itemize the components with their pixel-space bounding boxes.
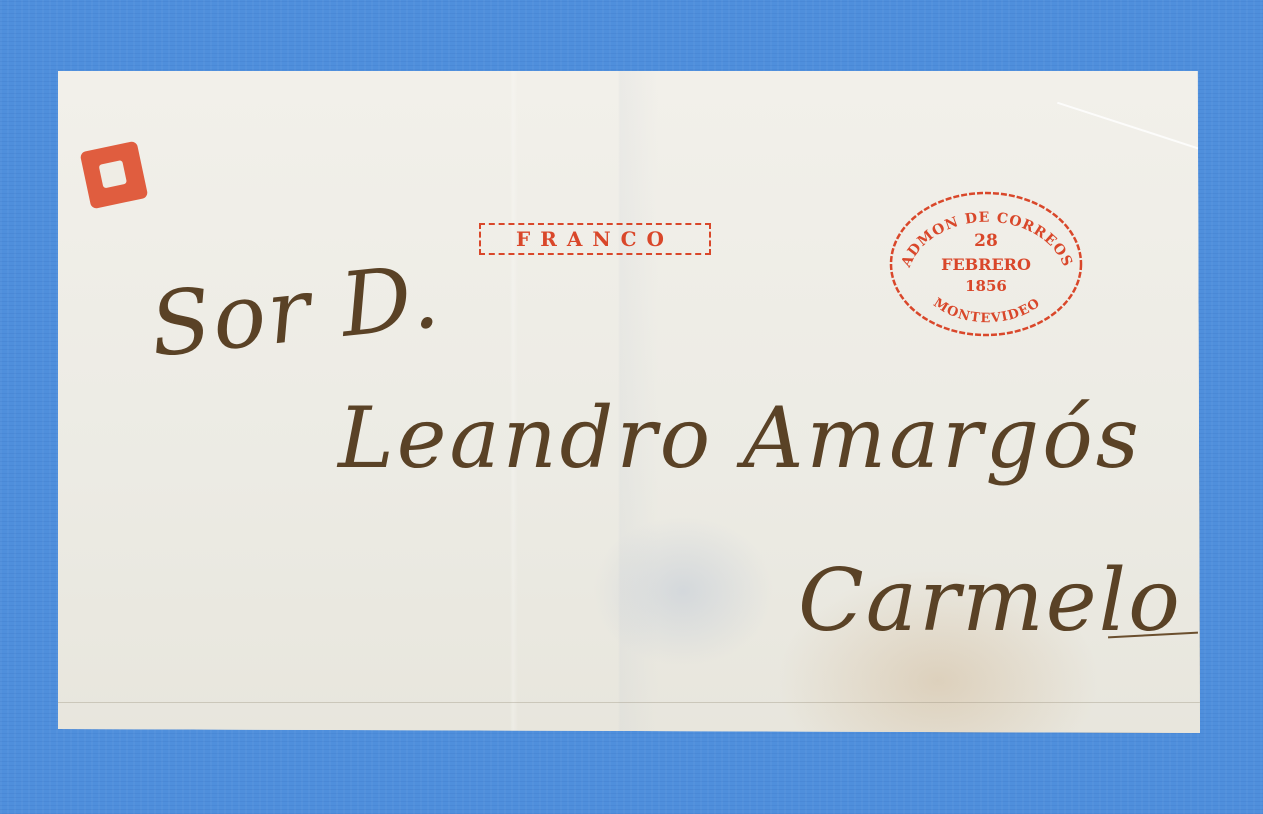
- postmark-day: 28: [974, 231, 998, 251]
- letter-cover: FRANCO ADMON DE CORREOS MONTEVIDEO 28 FE…: [58, 71, 1200, 733]
- salutation-handwriting: Sor D.: [145, 244, 445, 377]
- paper-crease: [1057, 102, 1200, 150]
- oval-postmark: ADMON DE CORREOS MONTEVIDEO 28 FEBRERO 1…: [888, 190, 1084, 338]
- svg-text:MONTEVIDEO: MONTEVIDEO: [930, 295, 1043, 326]
- franco-handstamp: FRANCO: [479, 223, 711, 255]
- square-cancel-handstamp: [80, 141, 149, 210]
- addressee-handwriting: Leandro Amargós: [338, 389, 1142, 487]
- postmark-year: 1856: [965, 277, 1007, 295]
- postmark-bottom-arc: MONTEVIDEO: [930, 295, 1043, 326]
- square-cancel-center: [99, 160, 127, 188]
- oval-postmark-graphic: ADMON DE CORREOS MONTEVIDEO 28 FEBRERO 1…: [888, 190, 1084, 338]
- postmark-month: FEBRERO: [941, 255, 1031, 274]
- fold-line: [58, 702, 1200, 703]
- franco-text: FRANCO: [516, 227, 674, 251]
